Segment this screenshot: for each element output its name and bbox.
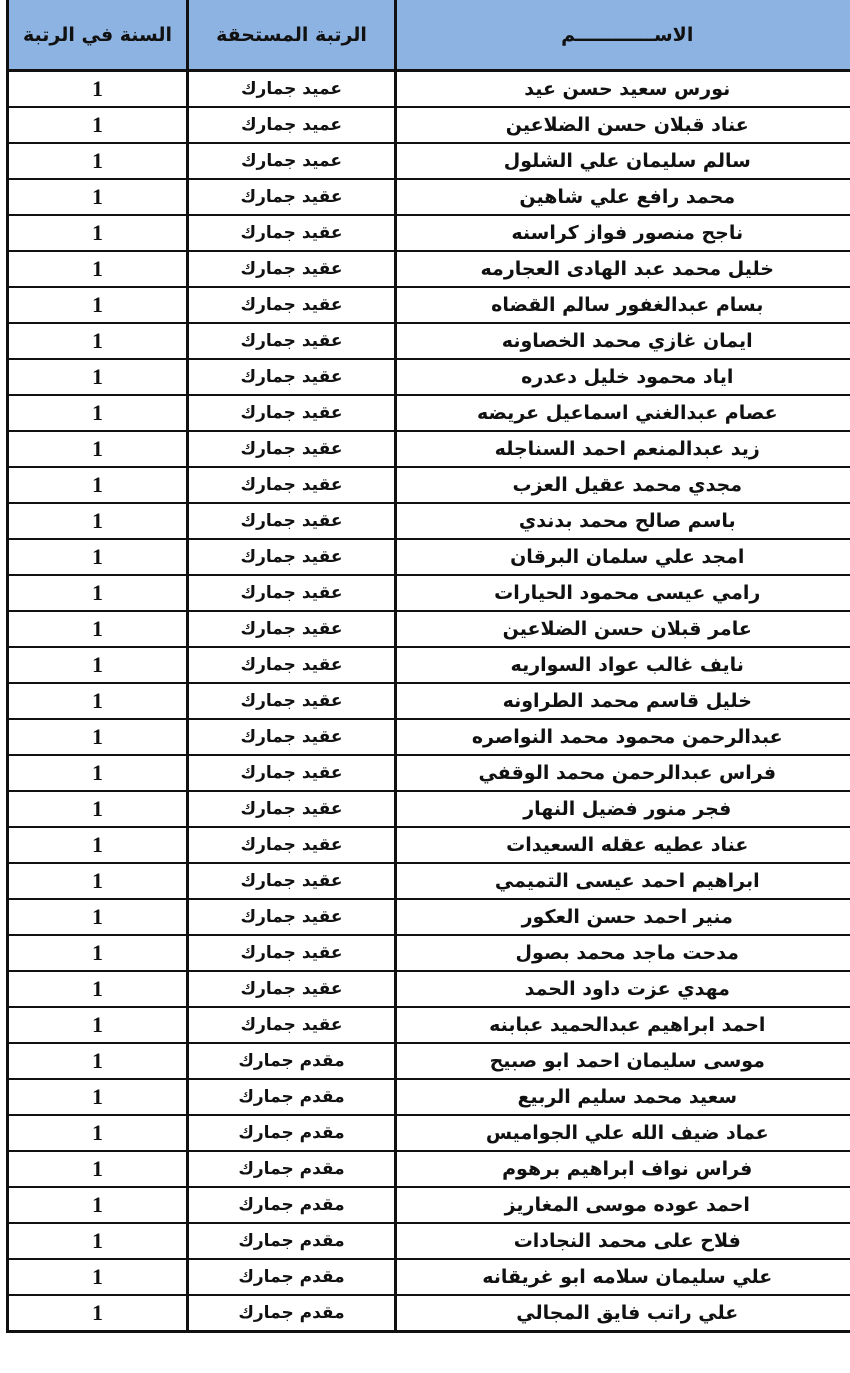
table-row: عبدالرحمن محمود محمد النواصرهعقيد جمارك1: [8, 719, 850, 755]
column-header-years-in-rank: السنة في الرتبة: [8, 0, 188, 71]
table-row: موسى سليمان احمد ابو صبيحمقدم جمارك1: [8, 1043, 850, 1079]
table-row: نورس سعيد حسن عيدعميد جمارك1: [8, 71, 850, 108]
cell-rank: مقدم جمارك: [188, 1223, 396, 1259]
table-row: سالم سليمان علي الشلولعميد جمارك1: [8, 143, 850, 179]
roster-sheet: الاســــــــــــم الرتبة المستحقة السنة …: [6, 0, 850, 1333]
cell-name: محمد رافع علي شاهين: [396, 179, 850, 215]
cell-years-in-rank: 1: [8, 1151, 188, 1187]
cell-name: عناد عطيه عقله السعيدات: [396, 827, 850, 863]
table-row: احمد ابراهيم عبدالحميد عبابنهعقيد جمارك1: [8, 1007, 850, 1043]
cell-rank: عميد جمارك: [188, 71, 396, 108]
cell-name: عماد ضيف الله علي الجواميس: [396, 1115, 850, 1151]
cell-name: فراس نواف ابراهيم برهوم: [396, 1151, 850, 1187]
cell-years-in-rank: 1: [8, 359, 188, 395]
cell-name: مدحت ماجد محمد بصول: [396, 935, 850, 971]
cell-name: عامر قبلان حسن الضلاعين: [396, 611, 850, 647]
cell-name: موسى سليمان احمد ابو صبيح: [396, 1043, 850, 1079]
cell-years-in-rank: 1: [8, 71, 188, 108]
column-header-rank: الرتبة المستحقة: [188, 0, 396, 71]
cell-years-in-rank: 1: [8, 503, 188, 539]
cell-years-in-rank: 1: [8, 647, 188, 683]
cell-years-in-rank: 1: [8, 1043, 188, 1079]
cell-years-in-rank: 1: [8, 683, 188, 719]
cell-name: احمد ابراهيم عبدالحميد عبابنه: [396, 1007, 850, 1043]
cell-name: عصام عبدالغني اسماعيل عريضه: [396, 395, 850, 431]
cell-years-in-rank: 1: [8, 1223, 188, 1259]
cell-rank: عقيد جمارك: [188, 359, 396, 395]
cell-name: فجر منور فضيل النهار: [396, 791, 850, 827]
cell-rank: عقيد جمارك: [188, 251, 396, 287]
cell-name: عناد قبلان حسن الضلاعين: [396, 107, 850, 143]
cell-years-in-rank: 1: [8, 431, 188, 467]
cell-name: مجدي محمد عقيل العزب: [396, 467, 850, 503]
table-row: ابراهيم احمد عيسى التميميعقيد جمارك1: [8, 863, 850, 899]
table-row: مجدي محمد عقيل العزبعقيد جمارك1: [8, 467, 850, 503]
cell-rank: عقيد جمارك: [188, 1007, 396, 1043]
table-row: عامر قبلان حسن الضلاعينعقيد جمارك1: [8, 611, 850, 647]
cell-years-in-rank: 1: [8, 863, 188, 899]
table-row: باسم صالح محمد بدنديعقيد جمارك1: [8, 503, 850, 539]
cell-name: علي سليمان سلامه ابو غريقانه: [396, 1259, 850, 1295]
table-row: عناد قبلان حسن الضلاعينعميد جمارك1: [8, 107, 850, 143]
cell-rank: عقيد جمارك: [188, 971, 396, 1007]
table-row: مهدي عزت داود الحمدعقيد جمارك1: [8, 971, 850, 1007]
cell-years-in-rank: 1: [8, 935, 188, 971]
cell-years-in-rank: 1: [8, 1259, 188, 1295]
cell-rank: عقيد جمارك: [188, 215, 396, 251]
table-row: فراس عبدالرحمن محمد الوقفيعقيد جمارك1: [8, 755, 850, 791]
table-row: ايمان غازي محمد الخصاونهعقيد جمارك1: [8, 323, 850, 359]
cell-rank: عقيد جمارك: [188, 719, 396, 755]
cell-rank: عقيد جمارك: [188, 935, 396, 971]
cell-years-in-rank: 1: [8, 467, 188, 503]
cell-rank: عقيد جمارك: [188, 647, 396, 683]
cell-rank: عميد جمارك: [188, 143, 396, 179]
cell-name: ايمان غازي محمد الخصاونه: [396, 323, 850, 359]
cell-rank: عقيد جمارك: [188, 539, 396, 575]
cell-rank: عقيد جمارك: [188, 431, 396, 467]
cell-rank: عقيد جمارك: [188, 791, 396, 827]
cell-name: منير احمد حسن العكور: [396, 899, 850, 935]
table-row: عناد عطيه عقله السعيداتعقيد جمارك1: [8, 827, 850, 863]
cell-years-in-rank: 1: [8, 323, 188, 359]
cell-name: احمد عوده موسى المغاريز: [396, 1187, 850, 1223]
table-row: مدحت ماجد محمد بصولعقيد جمارك1: [8, 935, 850, 971]
table-row: سعيد محمد سليم الربيعمقدم جمارك1: [8, 1079, 850, 1115]
cell-years-in-rank: 1: [8, 611, 188, 647]
cell-years-in-rank: 1: [8, 827, 188, 863]
cell-rank: عقيد جمارك: [188, 611, 396, 647]
cell-years-in-rank: 1: [8, 1079, 188, 1115]
cell-years-in-rank: 1: [8, 899, 188, 935]
cell-years-in-rank: 1: [8, 1187, 188, 1223]
cell-years-in-rank: 1: [8, 107, 188, 143]
table-header-row: الاســــــــــــم الرتبة المستحقة السنة …: [8, 0, 850, 71]
cell-rank: مقدم جمارك: [188, 1115, 396, 1151]
cell-years-in-rank: 1: [8, 395, 188, 431]
table-row: فجر منور فضيل النهارعقيد جمارك1: [8, 791, 850, 827]
cell-years-in-rank: 1: [8, 791, 188, 827]
table-row: خليل محمد عبد الهادى العجارمهعقيد جمارك1: [8, 251, 850, 287]
table-row: رامي عيسى محمود الحياراتعقيد جمارك1: [8, 575, 850, 611]
table-row: فراس نواف ابراهيم برهوممقدم جمارك1: [8, 1151, 850, 1187]
cell-rank: عقيد جمارك: [188, 899, 396, 935]
table-row: عماد ضيف الله علي الجواميسمقدم جمارك1: [8, 1115, 850, 1151]
cell-rank: مقدم جمارك: [188, 1259, 396, 1295]
table-row: امجد علي سلمان البرقانعقيد جمارك1: [8, 539, 850, 575]
cell-name: امجد علي سلمان البرقان: [396, 539, 850, 575]
cell-rank: مقدم جمارك: [188, 1295, 396, 1332]
cell-rank: عقيد جمارك: [188, 467, 396, 503]
table-row: فلاح على محمد النجاداتمقدم جمارك1: [8, 1223, 850, 1259]
cell-rank: عقيد جمارك: [188, 827, 396, 863]
cell-name: اياد محمود خليل دعدره: [396, 359, 850, 395]
cell-years-in-rank: 1: [8, 1007, 188, 1043]
cell-years-in-rank: 1: [8, 575, 188, 611]
cell-rank: عقيد جمارك: [188, 863, 396, 899]
cell-rank: عقيد جمارك: [188, 323, 396, 359]
cell-name: سعيد محمد سليم الربيع: [396, 1079, 850, 1115]
cell-years-in-rank: 1: [8, 755, 188, 791]
table-row: نايف غالب عواد السواريهعقيد جمارك1: [8, 647, 850, 683]
table-row: محمد رافع علي شاهينعقيد جمارك1: [8, 179, 850, 215]
cell-name: رامي عيسى محمود الحيارات: [396, 575, 850, 611]
cell-rank: عميد جمارك: [188, 107, 396, 143]
cell-rank: عقيد جمارك: [188, 683, 396, 719]
cell-rank: عقيد جمارك: [188, 395, 396, 431]
table-row: منير احمد حسن العكورعقيد جمارك1: [8, 899, 850, 935]
cell-years-in-rank: 1: [8, 287, 188, 323]
cell-name: عبدالرحمن محمود محمد النواصره: [396, 719, 850, 755]
cell-years-in-rank: 1: [8, 215, 188, 251]
cell-name: زيد عبدالمنعم احمد السناجله: [396, 431, 850, 467]
promotion-table: الاســــــــــــم الرتبة المستحقة السنة …: [6, 0, 850, 1333]
cell-years-in-rank: 1: [8, 1295, 188, 1332]
cell-years-in-rank: 1: [8, 971, 188, 1007]
column-header-name: الاســــــــــــم: [396, 0, 850, 71]
cell-name: علي راتب فايق المجالي: [396, 1295, 850, 1332]
cell-rank: مقدم جمارك: [188, 1187, 396, 1223]
cell-rank: عقيد جمارك: [188, 287, 396, 323]
cell-years-in-rank: 1: [8, 1115, 188, 1151]
cell-rank: عقيد جمارك: [188, 179, 396, 215]
cell-name: مهدي عزت داود الحمد: [396, 971, 850, 1007]
cell-name: بسام عبدالغفور سالم القضاه: [396, 287, 850, 323]
table-row: احمد عوده موسى المغاريزمقدم جمارك1: [8, 1187, 850, 1223]
cell-rank: مقدم جمارك: [188, 1079, 396, 1115]
table-body: نورس سعيد حسن عيدعميد جمارك1عناد قبلان ح…: [8, 71, 850, 1332]
table-row: اياد محمود خليل دعدرهعقيد جمارك1: [8, 359, 850, 395]
cell-name: نايف غالب عواد السواريه: [396, 647, 850, 683]
cell-rank: عقيد جمارك: [188, 755, 396, 791]
cell-name: باسم صالح محمد بدندي: [396, 503, 850, 539]
cell-rank: مقدم جمارك: [188, 1043, 396, 1079]
cell-name: فراس عبدالرحمن محمد الوقفي: [396, 755, 850, 791]
table-row: بسام عبدالغفور سالم القضاهعقيد جمارك1: [8, 287, 850, 323]
table-row: خليل قاسم محمد الطراونهعقيد جمارك1: [8, 683, 850, 719]
table-row: زيد عبدالمنعم احمد السناجلهعقيد جمارك1: [8, 431, 850, 467]
cell-name: خليل محمد عبد الهادى العجارمه: [396, 251, 850, 287]
cell-name: سالم سليمان علي الشلول: [396, 143, 850, 179]
table-row: ناجح منصور فواز كراسنهعقيد جمارك1: [8, 215, 850, 251]
cell-rank: مقدم جمارك: [188, 1151, 396, 1187]
cell-years-in-rank: 1: [8, 251, 188, 287]
cell-years-in-rank: 1: [8, 143, 188, 179]
cell-rank: عقيد جمارك: [188, 503, 396, 539]
cell-name: ناجح منصور فواز كراسنه: [396, 215, 850, 251]
cell-years-in-rank: 1: [8, 179, 188, 215]
table-row: علي سليمان سلامه ابو غريقانهمقدم جمارك1: [8, 1259, 850, 1295]
cell-rank: عقيد جمارك: [188, 575, 396, 611]
table-row: عصام عبدالغني اسماعيل عريضهعقيد جمارك1: [8, 395, 850, 431]
cell-name: خليل قاسم محمد الطراونه: [396, 683, 850, 719]
table-row: علي راتب فايق المجاليمقدم جمارك1: [8, 1295, 850, 1332]
cell-name: فلاح على محمد النجادات: [396, 1223, 850, 1259]
cell-years-in-rank: 1: [8, 719, 188, 755]
cell-name: ابراهيم احمد عيسى التميمي: [396, 863, 850, 899]
cell-years-in-rank: 1: [8, 539, 188, 575]
cell-name: نورس سعيد حسن عيد: [396, 71, 850, 108]
